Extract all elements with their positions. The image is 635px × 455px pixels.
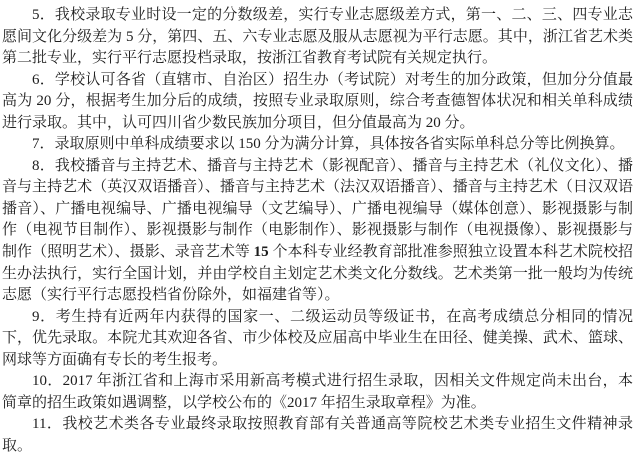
paragraph-8-art-majors-list: 8．我校播音与主持艺术、播音与主持艺术（影视配音）、播音与主持艺术（礼仪文化）、…	[2, 156, 633, 307]
paragraph-11-final-admission-rule: 11．我校艺术类各专业最终录取按照教育部有关普通高等院校艺术类专业招生文件精神录…	[2, 414, 633, 455]
document-page: 5．我校录取专业时设一定的分数级差，实行专业志愿级差方式，第一、二、三、四专业志…	[0, 0, 635, 455]
paragraph-5-score-gap-policy: 5．我校录取专业时设一定的分数级差，实行专业志愿级差方式，第一、二、三、四专业志…	[2, 5, 633, 70]
paragraph-9-athlete-priority: 9．考生持有近两年内获得的国家一、二级运动员等级证书，在高考成绩总分相同的情况下…	[2, 307, 633, 372]
paragraph-10-new-gaokao-2017: 10．2017 年浙江省和上海市采用新高考模式进行招生录取，因相关文件规定尚未出…	[2, 371, 633, 414]
paragraph-7-single-subject-score: 7．录取原则中单科成绩要求以 150 分为满分计算，具体按各省实际单科总分等比例…	[2, 134, 633, 156]
paragraph-6-bonus-points-policy: 6．学校认可各省（直辖市、自治区）招生办（考试院）对考生的加分政策，但加分分值最…	[2, 70, 633, 135]
paragraph-8-majors-count-bold: 15	[254, 244, 269, 260]
